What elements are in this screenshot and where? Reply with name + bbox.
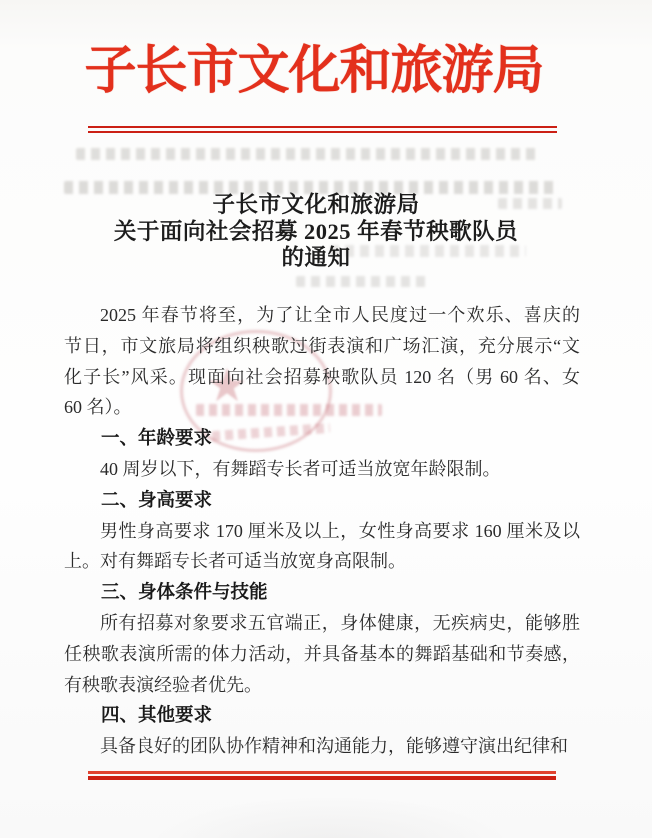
body-text-line: 60 名）。: [64, 392, 580, 423]
body-text-line: 节日，市文旅局将组织秧歌过街表演和广场汇演，充分展示“文: [64, 331, 580, 362]
scanned-document-page: 子长市文化和旅游局 ★ 子长市文化和旅游局 关于面向社会招募 2025 年春节秧…: [0, 0, 652, 838]
document-title-line: 关于面向社会招募 2025 年春节秧歌队员: [0, 219, 642, 246]
bleedthrough-ghost-line: [296, 276, 428, 287]
document-title: 子长市文化和旅游局 关于面向社会招募 2025 年春节秧歌队员 的通知: [0, 192, 642, 272]
document-title-line: 子长市文化和旅游局: [0, 192, 642, 219]
body-text-line: 有秧歌表演经验者优先。: [64, 670, 580, 701]
body-text-line: 2025 年春节将至，为了让全市人民度过一个欢乐、喜庆的: [64, 300, 580, 331]
document-title-line: 的通知: [0, 245, 642, 272]
footer-divider-line: [88, 771, 556, 780]
section-heading: 二、身高要求: [64, 485, 580, 516]
body-text-line: 化子长”风采。现面向社会招募秧歌队员 120 名（男 60 名、女: [64, 362, 580, 393]
bleedthrough-ghost-line: [76, 148, 540, 160]
body-text-line: 40 周岁以下，有舞蹈专长者可适当放宽年龄限制。: [64, 454, 580, 485]
letterhead-divider-line: [88, 126, 557, 133]
body-text-line: 上。对有舞蹈专长者可适当放宽身高限制。: [64, 546, 580, 577]
body-text-line: 任秧歌表演所需的体力活动，并具备基本的舞蹈基础和节奏感，: [64, 639, 580, 670]
section-heading: 一、年龄要求: [64, 423, 580, 454]
body-text-line: 男性身高要求 170 厘米及以上，女性身高要求 160 厘米及以: [64, 516, 580, 547]
section-heading: 三、身体条件与技能: [64, 577, 580, 608]
letterhead-title: 子长市文化和旅游局: [0, 34, 640, 110]
section-heading: 四、其他要求: [64, 700, 580, 731]
document-body: 2025 年春节将至，为了让全市人民度过一个欢乐、喜庆的节日，市文旅局将组织秧歌…: [64, 300, 580, 762]
body-text-line: 具备良好的团队协作精神和沟通能力，能够遵守演出纪律和: [64, 731, 580, 762]
body-text-line: 所有招募对象要求五官端正，身体健康，无疾病史，能够胜: [64, 608, 580, 639]
